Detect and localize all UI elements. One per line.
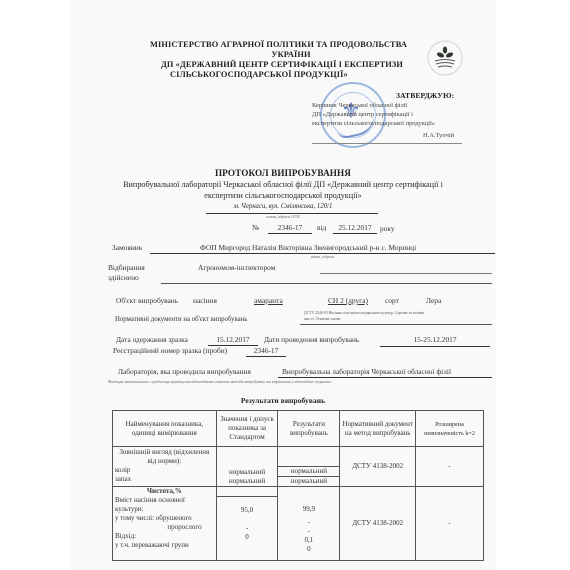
group2-uncertainty: - xyxy=(416,487,484,561)
group1-standard-cell: нормальний нормальний xyxy=(216,447,278,487)
date-label: від xyxy=(317,223,326,232)
object-category: СН 2 (друга) xyxy=(328,296,368,305)
approval-line-3: експертизи сільськогосподарської продукц… xyxy=(312,120,435,127)
protocol-date: 25.12.2017 xyxy=(333,223,377,232)
year-label: року xyxy=(380,224,395,233)
sampling-underline-2 xyxy=(161,283,492,284)
test-dates-underline xyxy=(380,346,490,347)
approval-title: ЗАТВЕРДЖУЮ: xyxy=(396,91,454,100)
lab-label: Лабораторія, яка проводила випробування xyxy=(118,367,251,376)
col-header-uncertainty: Розширена невизначеність k=2 xyxy=(416,411,484,447)
table-row: Зовнішній вигляд (відхилення від норми):… xyxy=(113,447,484,487)
group2-method: ДСТУ 4138-2002 xyxy=(340,487,416,561)
approval-underline xyxy=(312,143,462,144)
col-header-method: Нормативний документ на метод випробуван… xyxy=(340,411,416,447)
number-underline xyxy=(268,233,312,234)
reg-number-value: 2346-17 xyxy=(246,346,286,355)
row-waste-standard xyxy=(217,542,278,551)
sprout-logo-icon xyxy=(425,38,465,78)
lab-value: Випробувальна лабораторія Черкаської обл… xyxy=(282,367,451,376)
group2-name-cell: Чистота,% Вміст насіння основної культур… xyxy=(113,487,217,561)
norm-docs-underline xyxy=(300,324,492,325)
ministry-line-2: УКРАЇНИ xyxy=(150,50,432,59)
test-dates-label: Дати проведення випробувань xyxy=(264,335,359,344)
row-color-standard: нормальний xyxy=(219,468,276,477)
row-predominant-name: у т.ч. переважаючі групи xyxy=(115,541,214,550)
row-sprouted-standard: 0 xyxy=(217,533,278,542)
group1-name: Зовнішній вигляд (відхилення від норми): xyxy=(115,448,214,466)
group1-result-cell: нормальний нормальний xyxy=(278,447,340,487)
lab-address: м. Черкаси, вул. Смілянська, 120/1 xyxy=(70,203,496,210)
object-crop: амаранта xyxy=(254,296,283,305)
ministry-line-1: МІНІСТЕРСТВО АГРАРНОЇ ПОЛІТИКИ ТА ПРОДОВ… xyxy=(150,40,407,49)
row-smell-standard: нормальний xyxy=(219,477,276,486)
norm-docs-value-1: ДСТУ 2240-93 Насіння сільськогосподарськ… xyxy=(304,311,424,315)
row-color-result: нормальний xyxy=(278,466,339,476)
table-header-row: Найменування показника, одиниці вимірюва… xyxy=(113,411,484,447)
group1-name-cell: Зовнішній вигляд (відхилення від норми):… xyxy=(113,447,217,487)
row-predominant-result: 0 xyxy=(280,545,337,554)
sampling-label-1: Відбирання xyxy=(108,263,145,272)
group1-uncertainty: - xyxy=(416,447,484,487)
address-caption: назва, адреса ОСВ xyxy=(70,214,496,219)
sampling-label-2: здійснено xyxy=(108,273,139,282)
row-main-crop-result: 99,9 xyxy=(280,505,337,514)
table-row: Чистота,% Вміст насіння основної культур… xyxy=(113,487,484,561)
row-sprouted-result: - xyxy=(280,527,337,536)
row-waste-result: 0,1 xyxy=(280,536,337,545)
customer-caption: назва, адреса xyxy=(150,254,495,259)
reg-number-label: Реєстраційний номер зразка (проби) xyxy=(113,346,227,355)
results-title: Результати випробувань xyxy=(70,396,496,405)
sampling-underline-1 xyxy=(320,273,492,274)
protocol-subtitle-2: експертизи сільськогосподарської продукц… xyxy=(70,191,496,200)
variety-label: сорт xyxy=(385,296,399,305)
col-header-result: Результати випробувань xyxy=(278,411,340,447)
group2-name: Чистота,% xyxy=(115,487,214,496)
row-predominant-standard xyxy=(217,551,278,560)
protocol-number: 2346-17 xyxy=(268,223,312,232)
results-table: Найменування показника, одиниці вимірюва… xyxy=(112,410,484,561)
approval-signatory: Н.А.Тупчій xyxy=(423,132,454,139)
received-label: Дата одержання зразка xyxy=(116,335,188,344)
norm-docs-label: Нормативні документи на об'єкт випробува… xyxy=(115,316,247,323)
sampling-value: Агрономом-інспектором xyxy=(198,263,275,272)
group2-standard-cell: 95,0 - 0 xyxy=(216,487,278,561)
environment-footnote: Фактори навколишнього середовища приміще… xyxy=(108,380,332,384)
col-header-indicator: Найменування показника, одиниці вимірюва… xyxy=(113,411,217,447)
org-line-2: СІЛЬСЬКОГОСПОДАРСЬКОЇ ПРОДУКЦІЇ» xyxy=(170,70,348,79)
number-label: № xyxy=(252,223,259,232)
row-smell-name: запах xyxy=(115,475,214,484)
org-line-1: ДП «ДЕРЖАВНИЙ ЦЕНТР СЕРТИФІКАЦІЇ І ЕКСПЕ… xyxy=(161,60,403,69)
test-dates-value: 15-25.12.2017 xyxy=(380,335,490,344)
protocol-subtitle-1: Випробувальної лабораторії Черкаської об… xyxy=(70,180,496,189)
lab-underline xyxy=(278,377,492,378)
customer-value: ФОП Миргород Наталія Вікторівна Звенигор… xyxy=(200,243,416,252)
date-underline xyxy=(333,233,377,234)
customer-label: Замовник xyxy=(112,243,142,252)
row-smell-result: нормальний xyxy=(278,476,339,486)
norm-docs-value-2: якості. Технічні умови xyxy=(304,317,340,321)
approval-line-1: Керівник Черкаської обласної філії xyxy=(312,102,407,109)
row-main-crop-standard: 95,0 xyxy=(217,506,278,515)
object-label: Об'єкт випробувань xyxy=(116,296,178,305)
row-dehulled-result: - xyxy=(280,518,337,527)
row-dehulled-standard: - xyxy=(217,524,278,533)
row-dehulled-name: у тому числі: обрушеного xyxy=(115,514,214,523)
row-sprouted-name: пророслого xyxy=(115,523,214,532)
approval-line-2: ДП «Державний центр сертифікації і xyxy=(312,111,413,118)
received-value: 15.12.2017 xyxy=(208,335,258,344)
group1-method: ДСТУ 4138-2002 xyxy=(340,447,416,487)
group2-result-cell: 99,9 - - 0,1 0 xyxy=(278,487,340,561)
reg-number-underline xyxy=(246,356,286,357)
object-type: насіння xyxy=(193,296,217,305)
row-main-crop-name: Вміст насіння основної культури: xyxy=(115,496,214,514)
row-waste-name: Відхід: xyxy=(115,532,214,541)
col-header-standard: Значення і допуск показника за Стандарто… xyxy=(216,411,278,447)
protocol-title: ПРОТОКОЛ ВИПРОБУВАННЯ xyxy=(70,168,496,178)
variety-value: Лера xyxy=(426,296,441,305)
row-color-name: колір xyxy=(115,466,214,475)
